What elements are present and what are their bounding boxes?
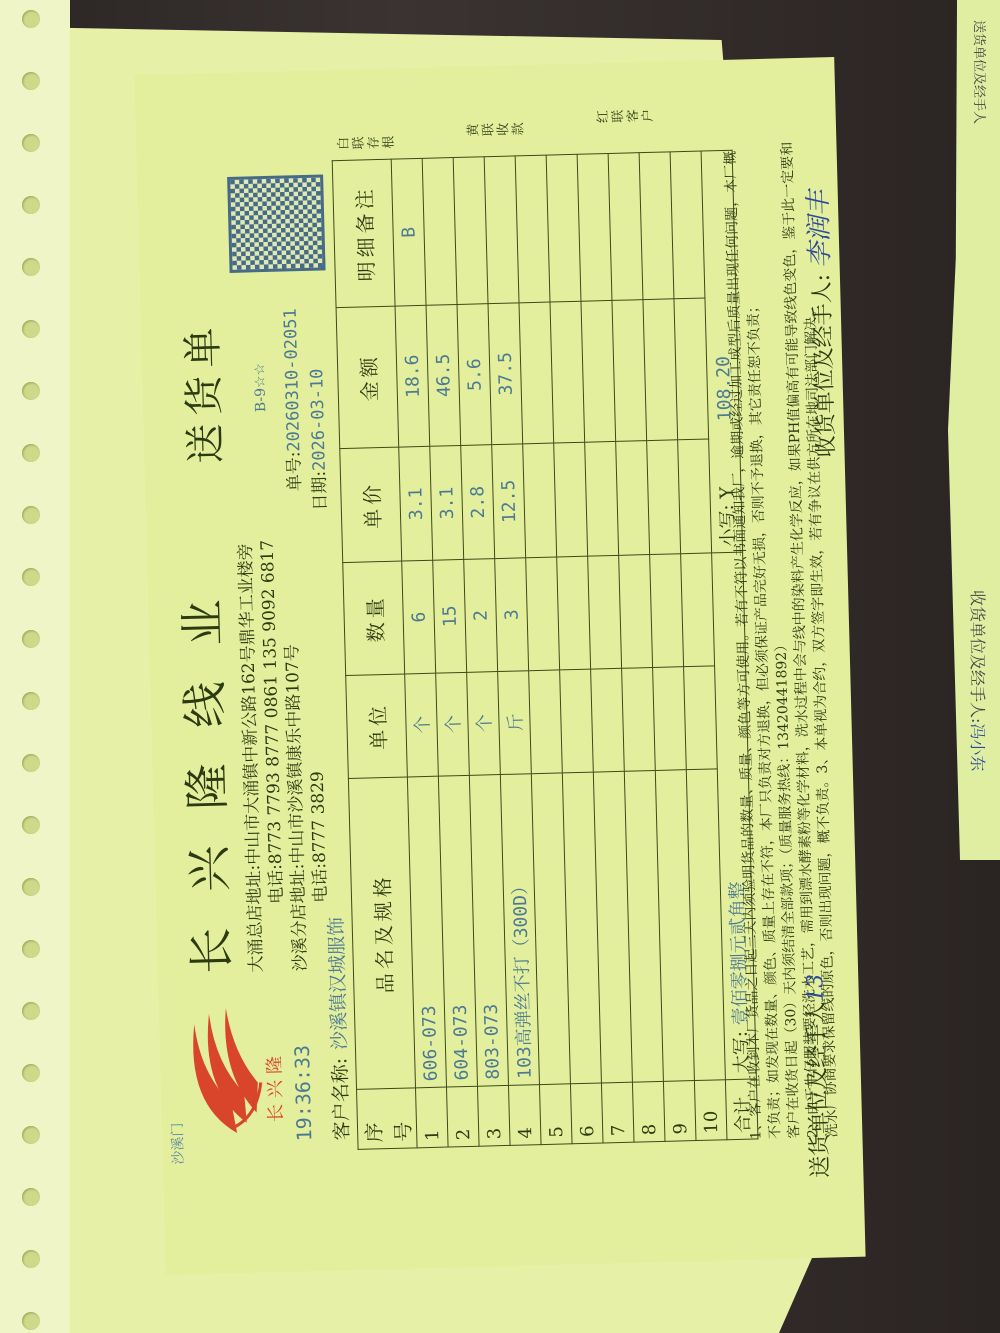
cell-unit (684, 665, 718, 769)
cell-unit: 个 (436, 672, 470, 776)
cell-amount (581, 301, 616, 443)
tractor-hole (22, 258, 40, 276)
tractor-hole (22, 320, 40, 338)
cell-amount (612, 300, 647, 442)
cell-price: 12.5 (492, 444, 526, 559)
cell-amount (550, 301, 585, 443)
second-sheet-text: 送货单位及经手人 收货单位及经手人:冯小东 (960, 20, 1000, 840)
logo-name: 长兴隆 (260, 1050, 288, 1123)
cell-unit (622, 667, 656, 771)
cell-qty (588, 556, 622, 669)
cell-no: 10 (694, 1080, 727, 1140)
qr-code-icon (227, 174, 325, 272)
tractor-hole (22, 754, 40, 772)
tractor-hole (22, 1064, 40, 1082)
header-price: 单价 (340, 447, 402, 563)
tractor-hole (22, 444, 40, 462)
cell-unit (591, 668, 625, 772)
header-note: 明细备注 (332, 159, 395, 308)
cell-price (554, 442, 588, 557)
cell-amount (643, 299, 678, 441)
tractor-hole (22, 382, 40, 400)
cell-unit (560, 669, 594, 773)
items-table: 序号 品名及规格 单位 数量 单价 金额 明细备注 1606-073个63.11… (332, 150, 759, 1150)
cell-qty (650, 554, 684, 667)
tractor-hole (22, 692, 40, 710)
cell-note: B (391, 158, 426, 306)
cell-price (585, 441, 619, 556)
cell-note (484, 156, 519, 304)
cell-amount: 46.5 (426, 305, 461, 447)
cell-qty (557, 557, 591, 670)
cell-no: 2 (447, 1087, 480, 1147)
tractor-hole (22, 134, 40, 152)
cell-qty: 2 (464, 559, 498, 672)
sender-signature-block: 送货单位及经手人13 (798, 973, 834, 1178)
cell-no: 3 (478, 1086, 511, 1146)
document-date: 日期:2026-03-10 (302, 368, 331, 511)
header-amount: 金额 (336, 306, 399, 448)
cell-price: 2.8 (461, 445, 495, 560)
customer-name: 客户名称:沙溪镇汉城服饰 (322, 917, 355, 1141)
second-sheet-sender: 送货单位及经手人 (971, 20, 990, 124)
cell-unit: 个 (405, 673, 439, 777)
cell-note (577, 153, 612, 301)
cell-price (647, 440, 681, 555)
cell-unit (653, 666, 687, 770)
cell-no: 4 (508, 1085, 541, 1145)
company-name: 长兴隆线业 (165, 563, 242, 975)
cell-amount: 37.5 (488, 303, 523, 445)
tractor-hole (22, 1312, 40, 1330)
tractor-hole (22, 72, 40, 90)
cell-no: 5 (539, 1084, 572, 1144)
cell-qty (681, 553, 715, 666)
cell-qty (619, 555, 653, 668)
cell-no: 7 (601, 1082, 634, 1142)
tractor-hole (22, 196, 40, 214)
tractor-hole (22, 1188, 40, 1206)
cell-amount: 5.6 (457, 304, 492, 446)
company-addresses: 大涌总店地址:中山市大涌镇中新公路162号鼎华工业楼旁 电话:8773 7793… (235, 538, 334, 972)
cell-amount (519, 302, 554, 444)
tractor-hole (22, 940, 40, 958)
header-no: 序号 (357, 1088, 418, 1149)
cell-no: 6 (570, 1083, 603, 1143)
cell-price: 3.1 (430, 445, 464, 560)
delivery-note: 沙溪门 长兴隆 19:36:33 长兴隆线业 送货单 大涌总店地址:中山市大涌镇… (134, 57, 865, 1275)
copy-label-yellow: 黄联收款 (466, 121, 526, 142)
tractor-hole (22, 878, 40, 896)
tractor-hole (22, 630, 40, 648)
cell-qty: 3 (495, 558, 529, 671)
cell-price (678, 439, 712, 554)
cell-note (546, 154, 581, 302)
cell-price: 3.1 (399, 446, 433, 561)
cell-note (608, 153, 643, 301)
header-unit: 单位 (346, 674, 408, 779)
print-time: 19:36:33 (290, 1045, 317, 1142)
tractor-hole (22, 506, 40, 524)
receiver-signature-block: 收货单位及经手人:李润丰 (798, 190, 842, 458)
document-number: 单号:20260310-02051 (276, 308, 306, 492)
cell-no: 1 (416, 1087, 449, 1147)
cell-unit (529, 670, 563, 774)
cell-amount (674, 298, 709, 440)
tractor-hole (22, 10, 40, 28)
document-type: 送货单 (171, 319, 232, 464)
cell-unit: 个 (467, 671, 501, 775)
second-sheet-receiver: 收货单位及经手人:冯小东 (967, 590, 990, 771)
tractor-hole (22, 816, 40, 834)
cell-no: 9 (663, 1081, 696, 1141)
cell-note (453, 157, 488, 305)
cell-qty (526, 557, 560, 670)
company-logo-icon (174, 1002, 268, 1144)
cell-note (515, 155, 550, 303)
cell-price (523, 443, 557, 558)
copy-label-white: 白联存根 (336, 135, 396, 156)
cell-no: 8 (632, 1082, 665, 1142)
header-qty: 数量 (343, 562, 405, 676)
cell-unit: 斤 (498, 670, 532, 774)
tractor-hole (22, 1250, 40, 1268)
cell-note (422, 158, 457, 306)
cell-qty: 15 (433, 560, 467, 673)
cell-qty: 6 (402, 561, 436, 674)
cell-note (639, 152, 674, 300)
copy-label-red: 红联客户 (595, 108, 655, 129)
cell-note (670, 151, 705, 299)
cell-price (616, 440, 650, 555)
serial-code: B-9☆☆ (252, 363, 269, 413)
tractor-hole (22, 1002, 40, 1020)
cell-amount: 18.6 (395, 305, 430, 447)
tractor-hole (22, 1126, 40, 1144)
tractor-hole (22, 568, 40, 586)
header-name: 品名及规格 (348, 777, 415, 1090)
